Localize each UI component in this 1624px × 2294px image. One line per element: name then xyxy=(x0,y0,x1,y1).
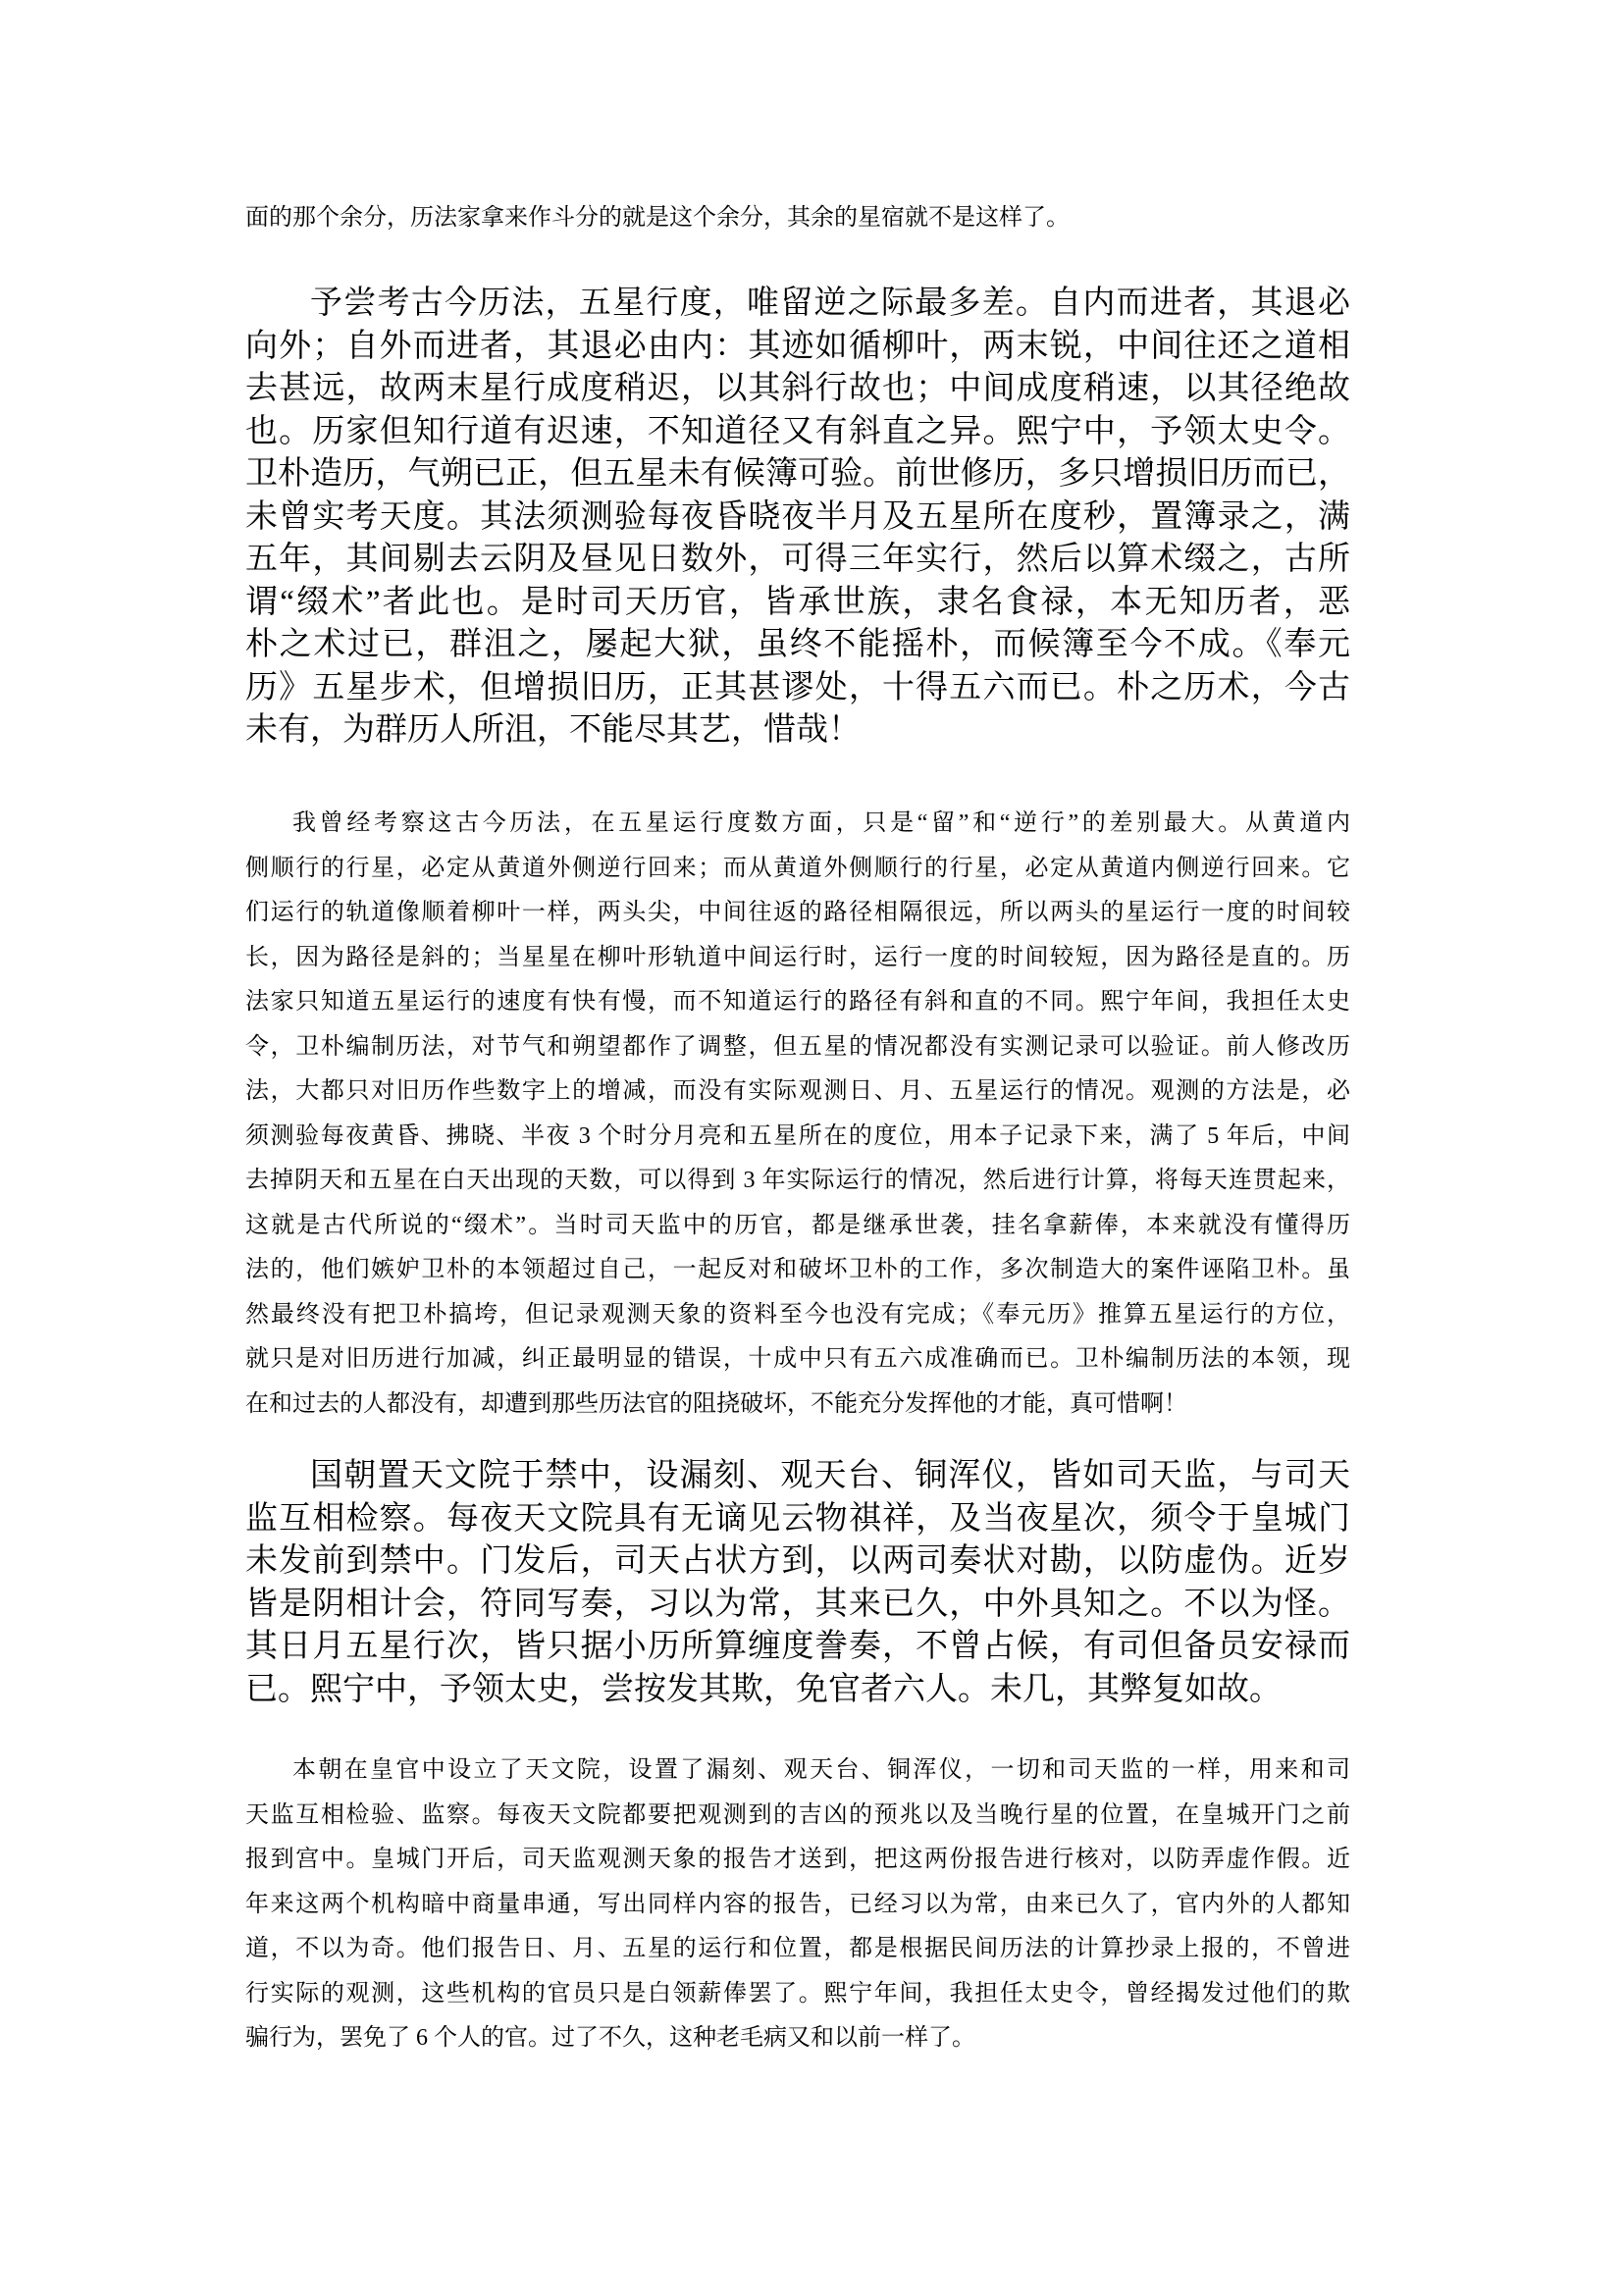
text-line: 历》五星步术，但增损旧历，正其甚谬处，十得五六而已。朴之历术，今古 xyxy=(245,667,1350,710)
text-line: 卫朴造历，气朔已正，但五星未有候簿可验。前世修历，多只增损旧历而已， xyxy=(245,453,1350,496)
text-line: 未有，为群历人所沮，不能尽其艺，惜哉！ xyxy=(245,709,1350,753)
text-line: 我曾经考察这古今历法，在五星运行度数方面，只是“留”和“逆行”的差别最大。从黄道… xyxy=(245,802,1350,847)
paragraph-translation-continuation: 面的那个余分，历法家拿来作斗分的就是这个余分，其余的星宿就不是这样了。 xyxy=(245,196,1350,241)
text-line: 年来这两个机构暗中商量串通，写出同样内容的报告，已经习以为常，由来已久了，官内外… xyxy=(245,1883,1350,1928)
text-line: 其日月五星行次，皆只据小历所算缠度誊奏，不曾占候，有司但备员安禄而 xyxy=(245,1626,1350,1669)
text-line: 行实际的观测，这些机构的官员只是白领薪俸罢了。熙宁年间，我担任太史令，曾经揭发过… xyxy=(245,1972,1350,2017)
text-line: 予尝考古今历法，五星行度，唯留逆之际最多差。自内而进者，其退必 xyxy=(245,283,1350,326)
text-line: 本朝在皇官中设立了天文院，设置了漏刻、观天台、铜浑仪，一切和司天监的一样，用来和… xyxy=(245,1748,1350,1794)
text-line: 向外；自外而进者，其退必由内：其迹如循柳叶，两末锐，中间往还之道相 xyxy=(245,326,1350,369)
text-line: 去掉阴天和五星在白天出现的天数，可以得到 3 年实际运行的情况，然后进行计算，将… xyxy=(245,1159,1350,1204)
text-line: 五年，其间剔去云阴及昼见日数外，可得三年实行，然后以算术缀之，古所 xyxy=(245,539,1350,582)
text-line: 未发前到禁中。门发后，司天占状方到，以两司奏状对勘，以防虚伪。近岁 xyxy=(245,1540,1350,1584)
document-page: 面的那个余分，历法家拿来作斗分的就是这个余分，其余的星宿就不是这样了。 予尝考古… xyxy=(0,0,1624,2294)
text-line: 去甚远，故两末星行成度稍迟，以其斜行故也；中间成度稍速，以其径绝故 xyxy=(245,368,1350,411)
text-line: 然最终没有把卫朴搞垮，但记录观测天象的资料至今也没有完成；《奉元历》推算五星运行… xyxy=(245,1293,1350,1338)
text-line: 天监互相检验、监察。每夜天文院都要把观测到的吉凶的预兆以及当晚行星的位置，在皇城… xyxy=(245,1794,1350,1839)
paragraph-classical-2: 国朝置天文院于禁中，设漏刻、观天台、铜浑仪，皆如司天监，与司天监互相检察。每夜天… xyxy=(245,1455,1350,1711)
text-line: 也。历家但知行道有迟速，不知道径又有斜直之异。熙宁中，予领太史令。 xyxy=(245,411,1350,454)
text-line: 谓“缀术”者此也。是时司天历官，皆承世族，隶名食禄，本无知历者，恶 xyxy=(245,582,1350,625)
text-line: 已。熙宁中，予领太史，尝按发其欺，免官者六人。未几，其弊复如故。 xyxy=(245,1669,1350,1712)
text-line: 们运行的轨道像顺着柳叶一样，两头尖，中间往返的路径相隔很远，所以两头的星运行一度… xyxy=(245,891,1350,936)
text-line: 报到宫中。皇城门开后，司天监观测天象的报告才送到，把这两份报告进行核对，以防弄虚… xyxy=(245,1838,1350,1883)
text-line: 朴之术过已，群沮之，屡起大狱，虽终不能摇朴，而候簿至今不成。《奉元 xyxy=(245,624,1350,667)
text-line: 令，卫朴编制历法，对节气和朔望都作了调整，但五星的情况都没有实测记录可以验证。前… xyxy=(245,1025,1350,1070)
paragraph-classical-1: 予尝考古今历法，五星行度，唯留逆之际最多差。自内而进者，其退必向外；自外而进者，… xyxy=(245,283,1350,753)
paragraph-translation-1: 我曾经考察这古今历法，在五星运行度数方面，只是“留”和“逆行”的差别最大。从黄道… xyxy=(245,802,1350,1427)
text-line: 须测验每夜黄昏、拂晓、半夜 3 个时分月亮和五星所在的度位，用本子记录下来，满了… xyxy=(245,1115,1350,1160)
text-line: 侧顺行的行星，必定从黄道外侧逆行回来；而从黄道外侧顺行的行星，必定从黄道内侧逆行… xyxy=(245,847,1350,892)
text-line: 道，不以为奇。他们报告日、月、五星的运行和位置，都是根据民间历法的计算抄录上报的… xyxy=(245,1927,1350,1972)
paragraph-translation-2: 本朝在皇官中设立了天文院，设置了漏刻、观天台、铜浑仪，一切和司天监的一样，用来和… xyxy=(245,1748,1350,2061)
text-line: 监互相检察。每夜天文院具有无谪见云物祺祥，及当夜星次，须令于皇城门 xyxy=(245,1498,1350,1541)
text-line: 法的，他们嫉妒卫朴的本领超过自己，一起反对和破坏卫朴的工作，多次制造大的案件诬陷… xyxy=(245,1248,1350,1293)
text-line: 这就是古代所说的“缀术”。当时司天监中的历官，都是继承世袭，挂名拿薪俸，本来就没… xyxy=(245,1204,1350,1249)
text-line: 长，因为路径是斜的；当星星在柳叶形轨道中间运行时，运行一度的时间较短，因为路径是… xyxy=(245,936,1350,981)
text-line: 法，大都只对旧历作些数字上的增减，而没有实际观测日、月、五星运行的情况。观测的方… xyxy=(245,1069,1350,1115)
text-line: 在和过去的人都没有，却遭到那些历法官的阻挠破坏，不能充分发挥他的才能，真可惜啊！ xyxy=(245,1382,1350,1428)
text-line: 就只是对旧历进行加减，纠正最明显的错误，十成中只有五六成准确而已。卫朴编制历法的… xyxy=(245,1337,1350,1382)
text-line: 骗行为，罢免了 6 个人的官。过了不久，这种老毛病又和以前一样了。 xyxy=(245,2016,1350,2061)
text-line: 未曾实考天度。其法须测验每夜昏晓夜半月及五星所在度秒，置簿录之，满 xyxy=(245,496,1350,540)
text-line: 国朝置天文院于禁中，设漏刻、观天台、铜浑仪，皆如司天监，与司天 xyxy=(245,1455,1350,1498)
text-line: 法家只知道五星运行的速度有快有慢，而不知道运行的路径有斜和直的不同。熙宁年间，我… xyxy=(245,980,1350,1025)
text-line: 皆是阴相计会，符同写奏，习以为常，其来已久，中外具知之。不以为怪。 xyxy=(245,1584,1350,1627)
text-line: 面的那个余分，历法家拿来作斗分的就是这个余分，其余的星宿就不是这样了。 xyxy=(245,196,1350,241)
